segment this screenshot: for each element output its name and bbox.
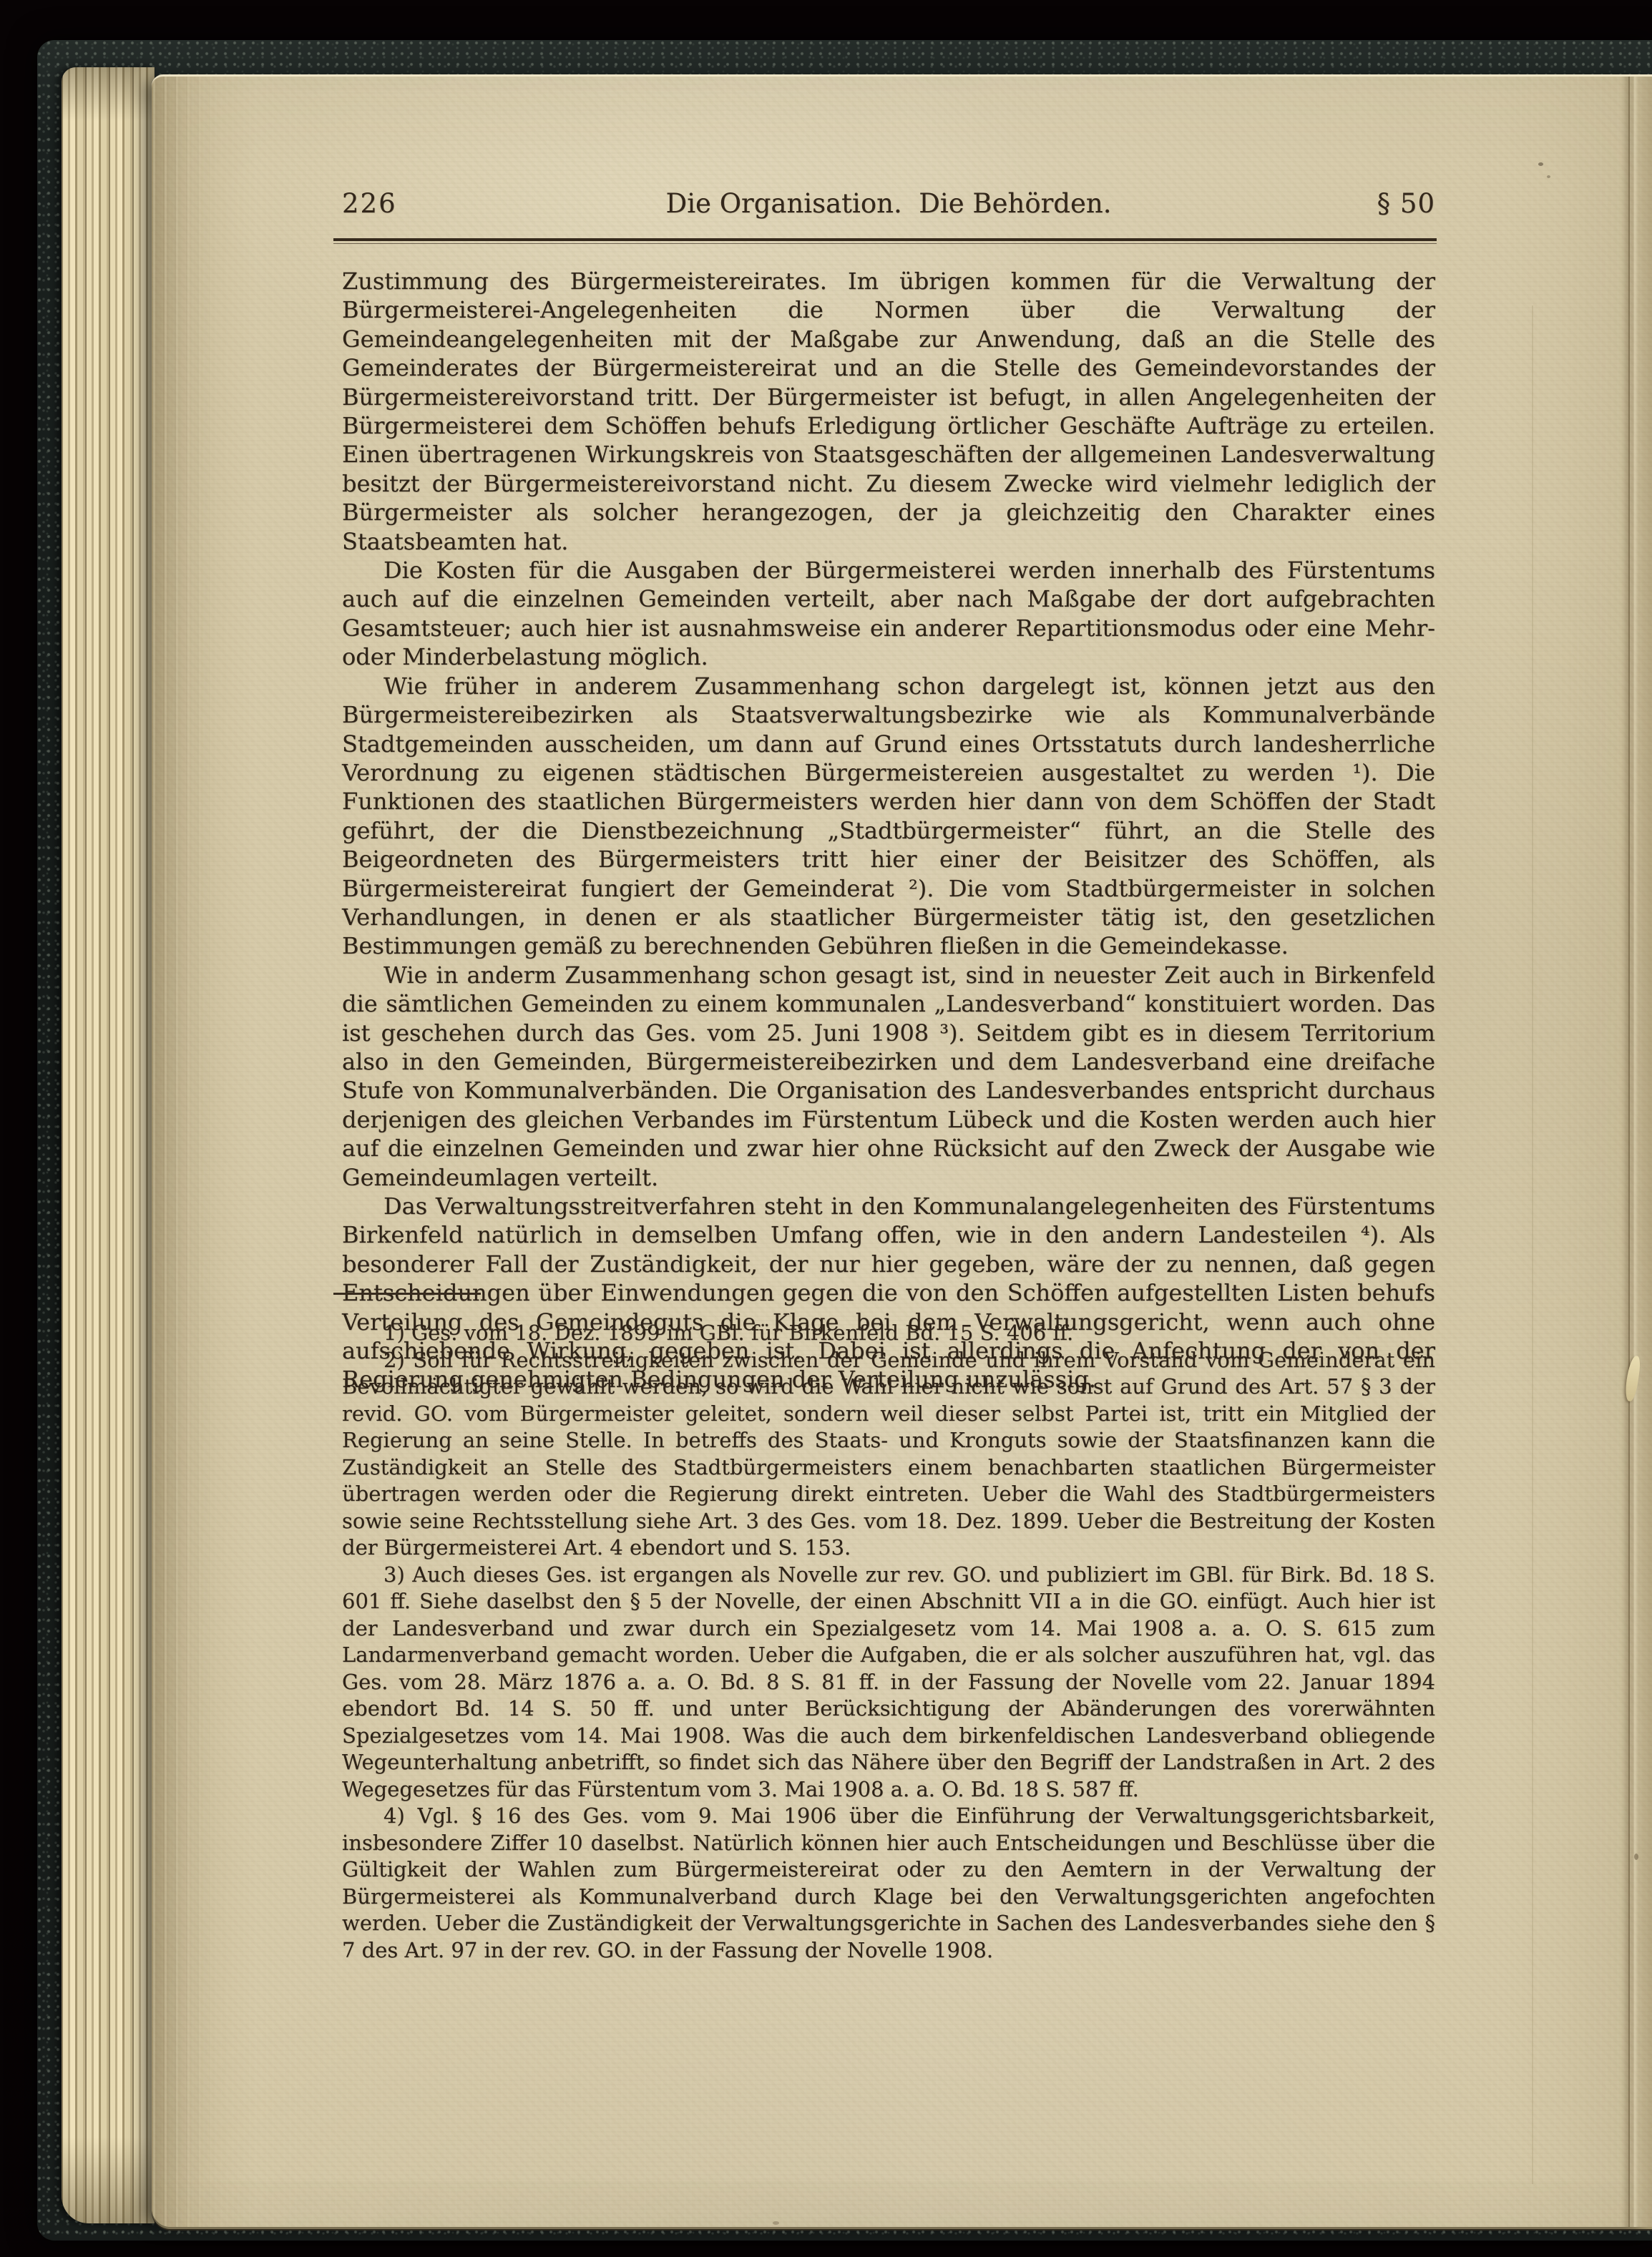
footnotes: 1) Ges. vom 18. Dez. 1899 im GBl. für Bi… — [342, 1320, 1435, 1964]
page-stack-edges — [62, 67, 155, 2223]
header-rule-thick — [333, 238, 1437, 241]
book-page: 226 Die Organisation. Die Behörden. § 50… — [152, 74, 1652, 2227]
footnote: 1) Ges. vom 18. Dez. 1899 im GBl. für Bi… — [342, 1320, 1435, 1347]
body-text: Zustimmung des Bürgermeistereirates. Im … — [342, 267, 1435, 1394]
footnote: 2) Soll für Rechtsstreitigkeiten zwische… — [342, 1347, 1435, 1562]
scan-speck — [1634, 1854, 1638, 1860]
paper-fiber — [1624, 1355, 1642, 1402]
page-header: 226 Die Organisation. Die Behörden. § 50 — [342, 188, 1435, 222]
footnote: 4) Vgl. § 16 des Ges. vom 9. Mai 1906 üb… — [342, 1803, 1435, 1964]
section-mark: § 50 — [1377, 188, 1435, 220]
header-rule-thin — [333, 243, 1437, 244]
scan-speck — [773, 2221, 779, 2225]
paragraph: Wie früher in anderem Zusammenhang schon… — [342, 672, 1435, 961]
paragraph: Zustimmung des Bürgermeistereirates. Im … — [342, 267, 1435, 556]
gutter-strip — [1628, 77, 1652, 2227]
scan-speck — [1538, 162, 1543, 166]
running-title: Die Organisation. Die Behörden. — [342, 188, 1435, 220]
fold-line — [1532, 305, 1533, 2184]
footnote: 3) Auch dieses Ges. ist ergangen als Nov… — [342, 1562, 1435, 1803]
gutter-crease — [1621, 77, 1630, 2227]
scan-speck — [1547, 175, 1550, 178]
paragraph: Wie in anderm Zusammenhang schon gesagt … — [342, 961, 1435, 1192]
header-rule — [333, 238, 1437, 244]
paragraph: Die Kosten für die Ausgaben der Bürgerme… — [342, 556, 1435, 672]
footnote-separator — [333, 1293, 481, 1295]
left-leaf-edges — [152, 77, 220, 2227]
scanned-book-photo: 226 Die Organisation. Die Behörden. § 50… — [0, 0, 1652, 2257]
